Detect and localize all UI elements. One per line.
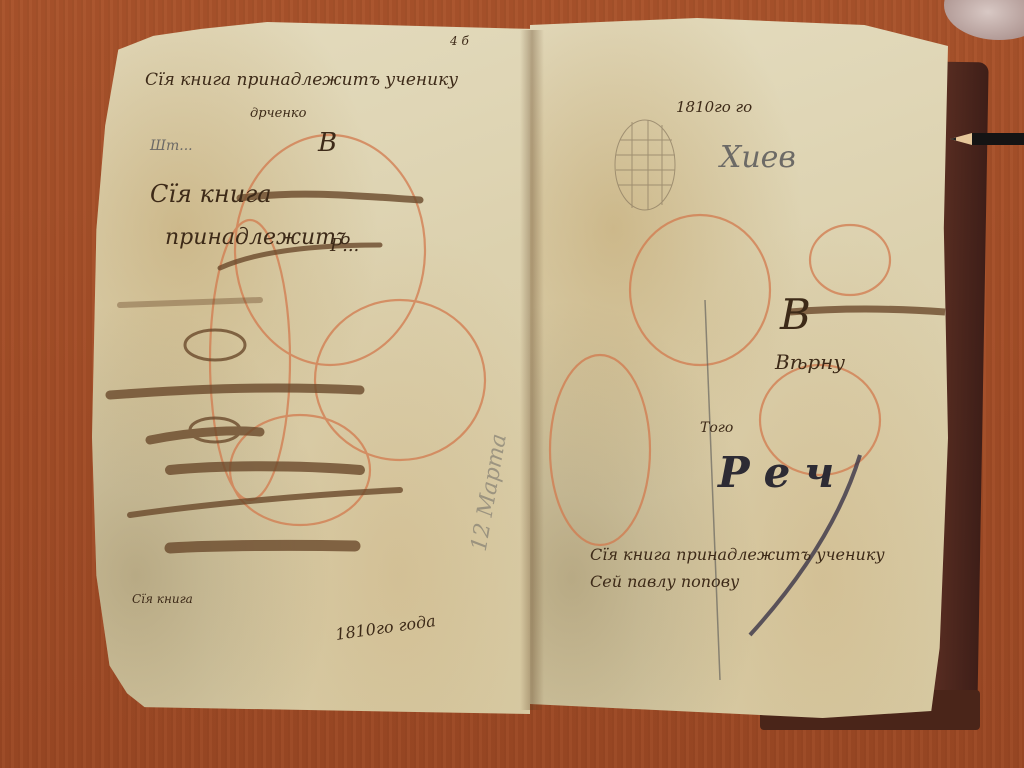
right-monogram-word: Вѣрну (775, 350, 845, 374)
left-bottom-text: Сїя книга (132, 592, 193, 606)
left-line-2: дрченко (250, 106, 307, 121)
right-pencil-word: Хиев (720, 140, 796, 175)
left-line-3: Шт... (150, 138, 193, 154)
left-signature-fragment: Р... (330, 235, 359, 256)
left-page (92, 22, 530, 714)
left-monogram: В (318, 128, 337, 158)
right-inscription-line-2: Сей павлу попову (590, 572, 739, 591)
right-inscription-line-1: Сїя книга принадлежитъ ученику (590, 545, 885, 564)
left-page-number: 4 б (450, 34, 469, 48)
left-block-line-1: Сїя книга (150, 180, 272, 208)
book-gutter (520, 30, 544, 710)
pencil-icon (950, 132, 1024, 146)
right-date: 1810го го (676, 98, 752, 116)
left-line-1: Сїя книга принадлежитъ ученику (145, 70, 458, 90)
right-crayon-letters: Реч (718, 448, 848, 497)
left-block-line-2: принадлежитъ (165, 225, 351, 250)
right-page (530, 18, 948, 718)
right-small-word: Того (700, 420, 733, 436)
right-monogram: В (780, 290, 811, 339)
